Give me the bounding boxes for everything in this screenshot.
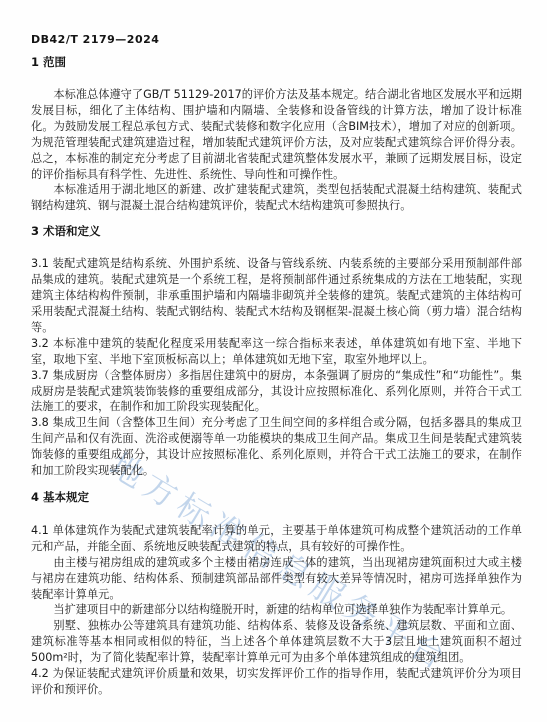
clause-4-1: 4.1 单体建筑作为装配式建筑装配率计算的单元，主要基于单体建筑可构成整个建筑活… bbox=[31, 523, 522, 555]
section-terms: 3 术语和定义 3.1 装配式建筑是结构系统、外围护系统、设备与管线系统、内装系… bbox=[31, 225, 522, 479]
paragraph: 本标准总体遵守了GB/T 51129-2017的评价方法及基本规定。结合湖北省地… bbox=[31, 87, 522, 182]
paragraph: 别墅、独栋办公等建筑具有建筑功能、结构体系、装修及设备系统、建筑层数、平面和立面… bbox=[31, 618, 522, 666]
standard-number: DB42/T 2179—2024 bbox=[31, 33, 522, 46]
section-basic-provisions: 4 基本规定 4.1 单体建筑作为装配式建筑装配率计算的单元，主要基于单体建筑可… bbox=[31, 491, 522, 698]
clause-3-2: 3.2 本标准中建筑的装配化程度采用装配率这一综合指标来表述，单体建筑如有地下室… bbox=[31, 336, 522, 368]
section-terms-heading: 3 术语和定义 bbox=[31, 225, 522, 237]
paragraph: 本标准适用于湖北地区的新建、改扩建装配式建筑，类型包括装配式混凝土结构建筑、装配… bbox=[31, 182, 522, 214]
section-scope-heading: 1 范围 bbox=[31, 56, 522, 68]
document-page: 地方标准信息服务平台 DB42/T 2179—2024 1 范围 本标准总体遵守… bbox=[0, 0, 547, 722]
section-scope: 1 范围 本标准总体遵守了GB/T 51129-2017的评价方法及基本规定。结… bbox=[31, 56, 522, 214]
paragraph: 由主楼与裙房组成的建筑或多个主楼由裙房连成一体的建筑，当出现裙房建筑面积过大或主… bbox=[31, 555, 522, 603]
section-basic-heading: 4 基本规定 bbox=[31, 491, 522, 503]
clause-3-1: 3.1 装配式建筑是结构系统、外围护系统、设备与管线系统、内装系统的主要部分采用… bbox=[31, 256, 522, 336]
clause-3-8: 3.8 集成卫生间（含整体卫生间）充分考虑了卫生间空间的多样组合或分隔，包括多器… bbox=[31, 415, 522, 479]
clause-3-7: 3.7 集成厨房（含整体厨房）多指居住建筑中的厨房，本条强调了厨房的“集成性”和… bbox=[31, 368, 522, 416]
clause-4-2: 4.2 为保证装配式建筑评价质量和效果，切实发挥评价工作的指导作用，装配式建筑评… bbox=[31, 666, 522, 698]
page-content: DB42/T 2179—2024 1 范围 本标准总体遵守了GB/T 51129… bbox=[31, 33, 522, 698]
paragraph: 当扩建项目中的新建部分以结构缝脱开时，新建的结构单位可选择单独作为装配率计算单元… bbox=[31, 602, 522, 618]
